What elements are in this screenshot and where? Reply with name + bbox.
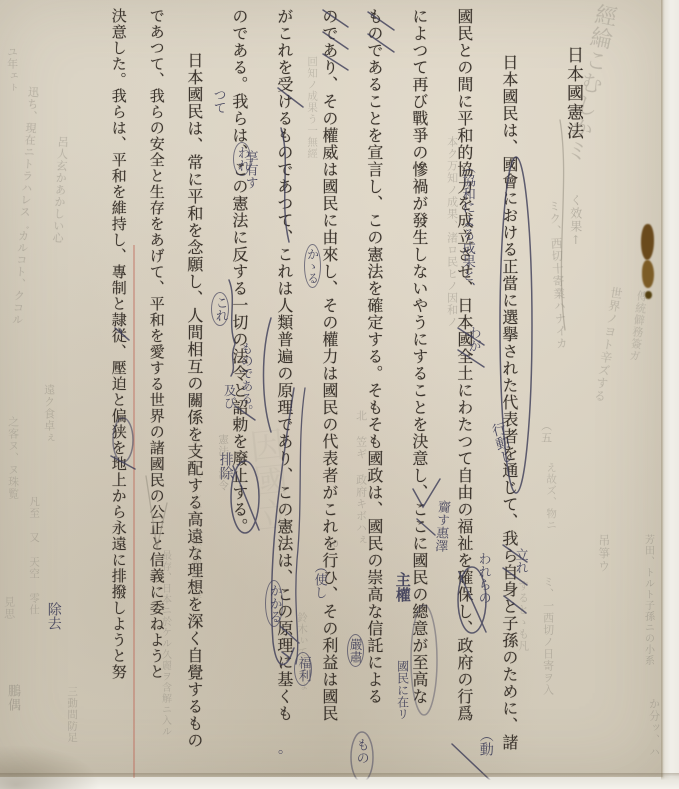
pencil-note: か分ッ、ハ	[647, 698, 660, 758]
pencil-note: ナモチルヘ、シ全文ニ取要地震ヶ浮	[189, 426, 201, 602]
pencil-note: 吊箏ウ	[596, 534, 610, 573]
pencil-note: 10	[326, 540, 339, 550]
ink-annotation: ものである。	[240, 342, 253, 417]
ink-annotation: かゝる	[304, 244, 321, 288]
ink-annotation: 除去	[46, 602, 61, 630]
pencil-note: 三動問防足	[66, 686, 78, 744]
page-corner-shadow	[0, 745, 100, 789]
ink-annotation: ゝ	[114, 324, 126, 337]
ink-annotation: （使し	[312, 560, 326, 599]
ink-annotation: 主權	[394, 572, 410, 602]
pencil-note: 凡至 又 天空 零仕	[28, 496, 40, 616]
pencil-note: 回知ノ成果う一無經	[306, 56, 318, 160]
pencil-note: ユ年ェㇳ	[5, 46, 18, 94]
pencil-note: く效果↑	[568, 194, 582, 248]
page-right-edge	[661, 0, 679, 789]
ink-annotation: もの	[354, 738, 368, 764]
ink-annotation: われ	[233, 142, 251, 176]
pencil-note: 見思	[2, 596, 15, 620]
printed-column: のであり、その權威は國民に由來し、その權力は國民の代表者がこれを行ひ、その利益は…	[320, 8, 338, 722]
ink-stain	[645, 291, 652, 299]
ink-annotation: かかる	[265, 580, 283, 627]
pencil-note: 憲法、法令	[217, 434, 229, 492]
printed-column: 日本國民は、常に平和を念願し、人間相互の關係を支配する高遠な理想を深く自覺するも…	[185, 52, 203, 749]
document-photo: 日本國憲法 日本國民は、國會における正當に選擧された代表者を通じて、我ら自身と子…	[0, 0, 679, 789]
red-guide-line	[133, 245, 135, 778]
pencil-note: 本ク万知ノ成果、渚ロ民ヒノ因和ノ	[445, 136, 458, 328]
ink-annotation: つて	[211, 88, 225, 114]
pencil-note: 芳田、トルト子孫ニの小系	[642, 534, 654, 666]
pencil-note: するとゝも凡	[516, 580, 529, 652]
pencil-note: 遠ク食卓ぇ	[42, 384, 55, 444]
pencil-note: 鵬偶	[4, 684, 19, 712]
ink-annotation: （動	[478, 728, 493, 756]
pencil-note: え故ズ、物ニ	[545, 462, 557, 531]
pencil-note: 之客ヌ、ヌ珠覧	[6, 416, 19, 500]
pencil-note: 北 笠ギ 政府キボハぇ	[354, 410, 367, 546]
pencil-note: 最存、日本ニ於ケル久麗ヲ含解ニ入ル	[159, 550, 171, 737]
ink-annotation: 及び	[223, 384, 236, 409]
ink-annotation: 國民に在リ	[396, 660, 409, 720]
ink-annotation: 嚴肅	[347, 634, 364, 667]
pencil-note: ミ、一西切ノ日寄ヲ入	[541, 576, 554, 696]
ink-annotation: （協和による成果と、	[460, 160, 474, 295]
printed-column: 決意した。我らは、平和を維持し、專制と隷従、壓迫と偏狭を地上から永遠に排撥しよう…	[110, 8, 127, 680]
printed-column: によつて再び戰爭の慘禍が發生しないやうにすることを決意し、ここに國民の總意が至高…	[410, 8, 428, 705]
ink-annotation: われらの	[476, 552, 490, 604]
pencil-note: 鈴木ぃておりょ	[296, 612, 308, 693]
ink-annotation: 。	[278, 742, 292, 757]
printed-column: 國民との間に平和的協力を成立させ、日本國全土にわたつて自由の福祉を確保し、政府の…	[455, 8, 473, 722]
ink-annotation: 立れ	[513, 548, 527, 574]
page-bottom-edge	[0, 773, 679, 789]
printed-column: ものであることを宣言し、この憲法を確定する。そもそも國政は、國民の崇高な信託によ…	[365, 8, 383, 705]
ink-stain	[642, 260, 654, 288]
ink-annotation: わが	[466, 326, 480, 352]
pencil-note: （五	[539, 420, 552, 444]
ink-annotation: これ	[211, 292, 229, 326]
ink-annotation: 齎す惠澤	[432, 500, 449, 553]
